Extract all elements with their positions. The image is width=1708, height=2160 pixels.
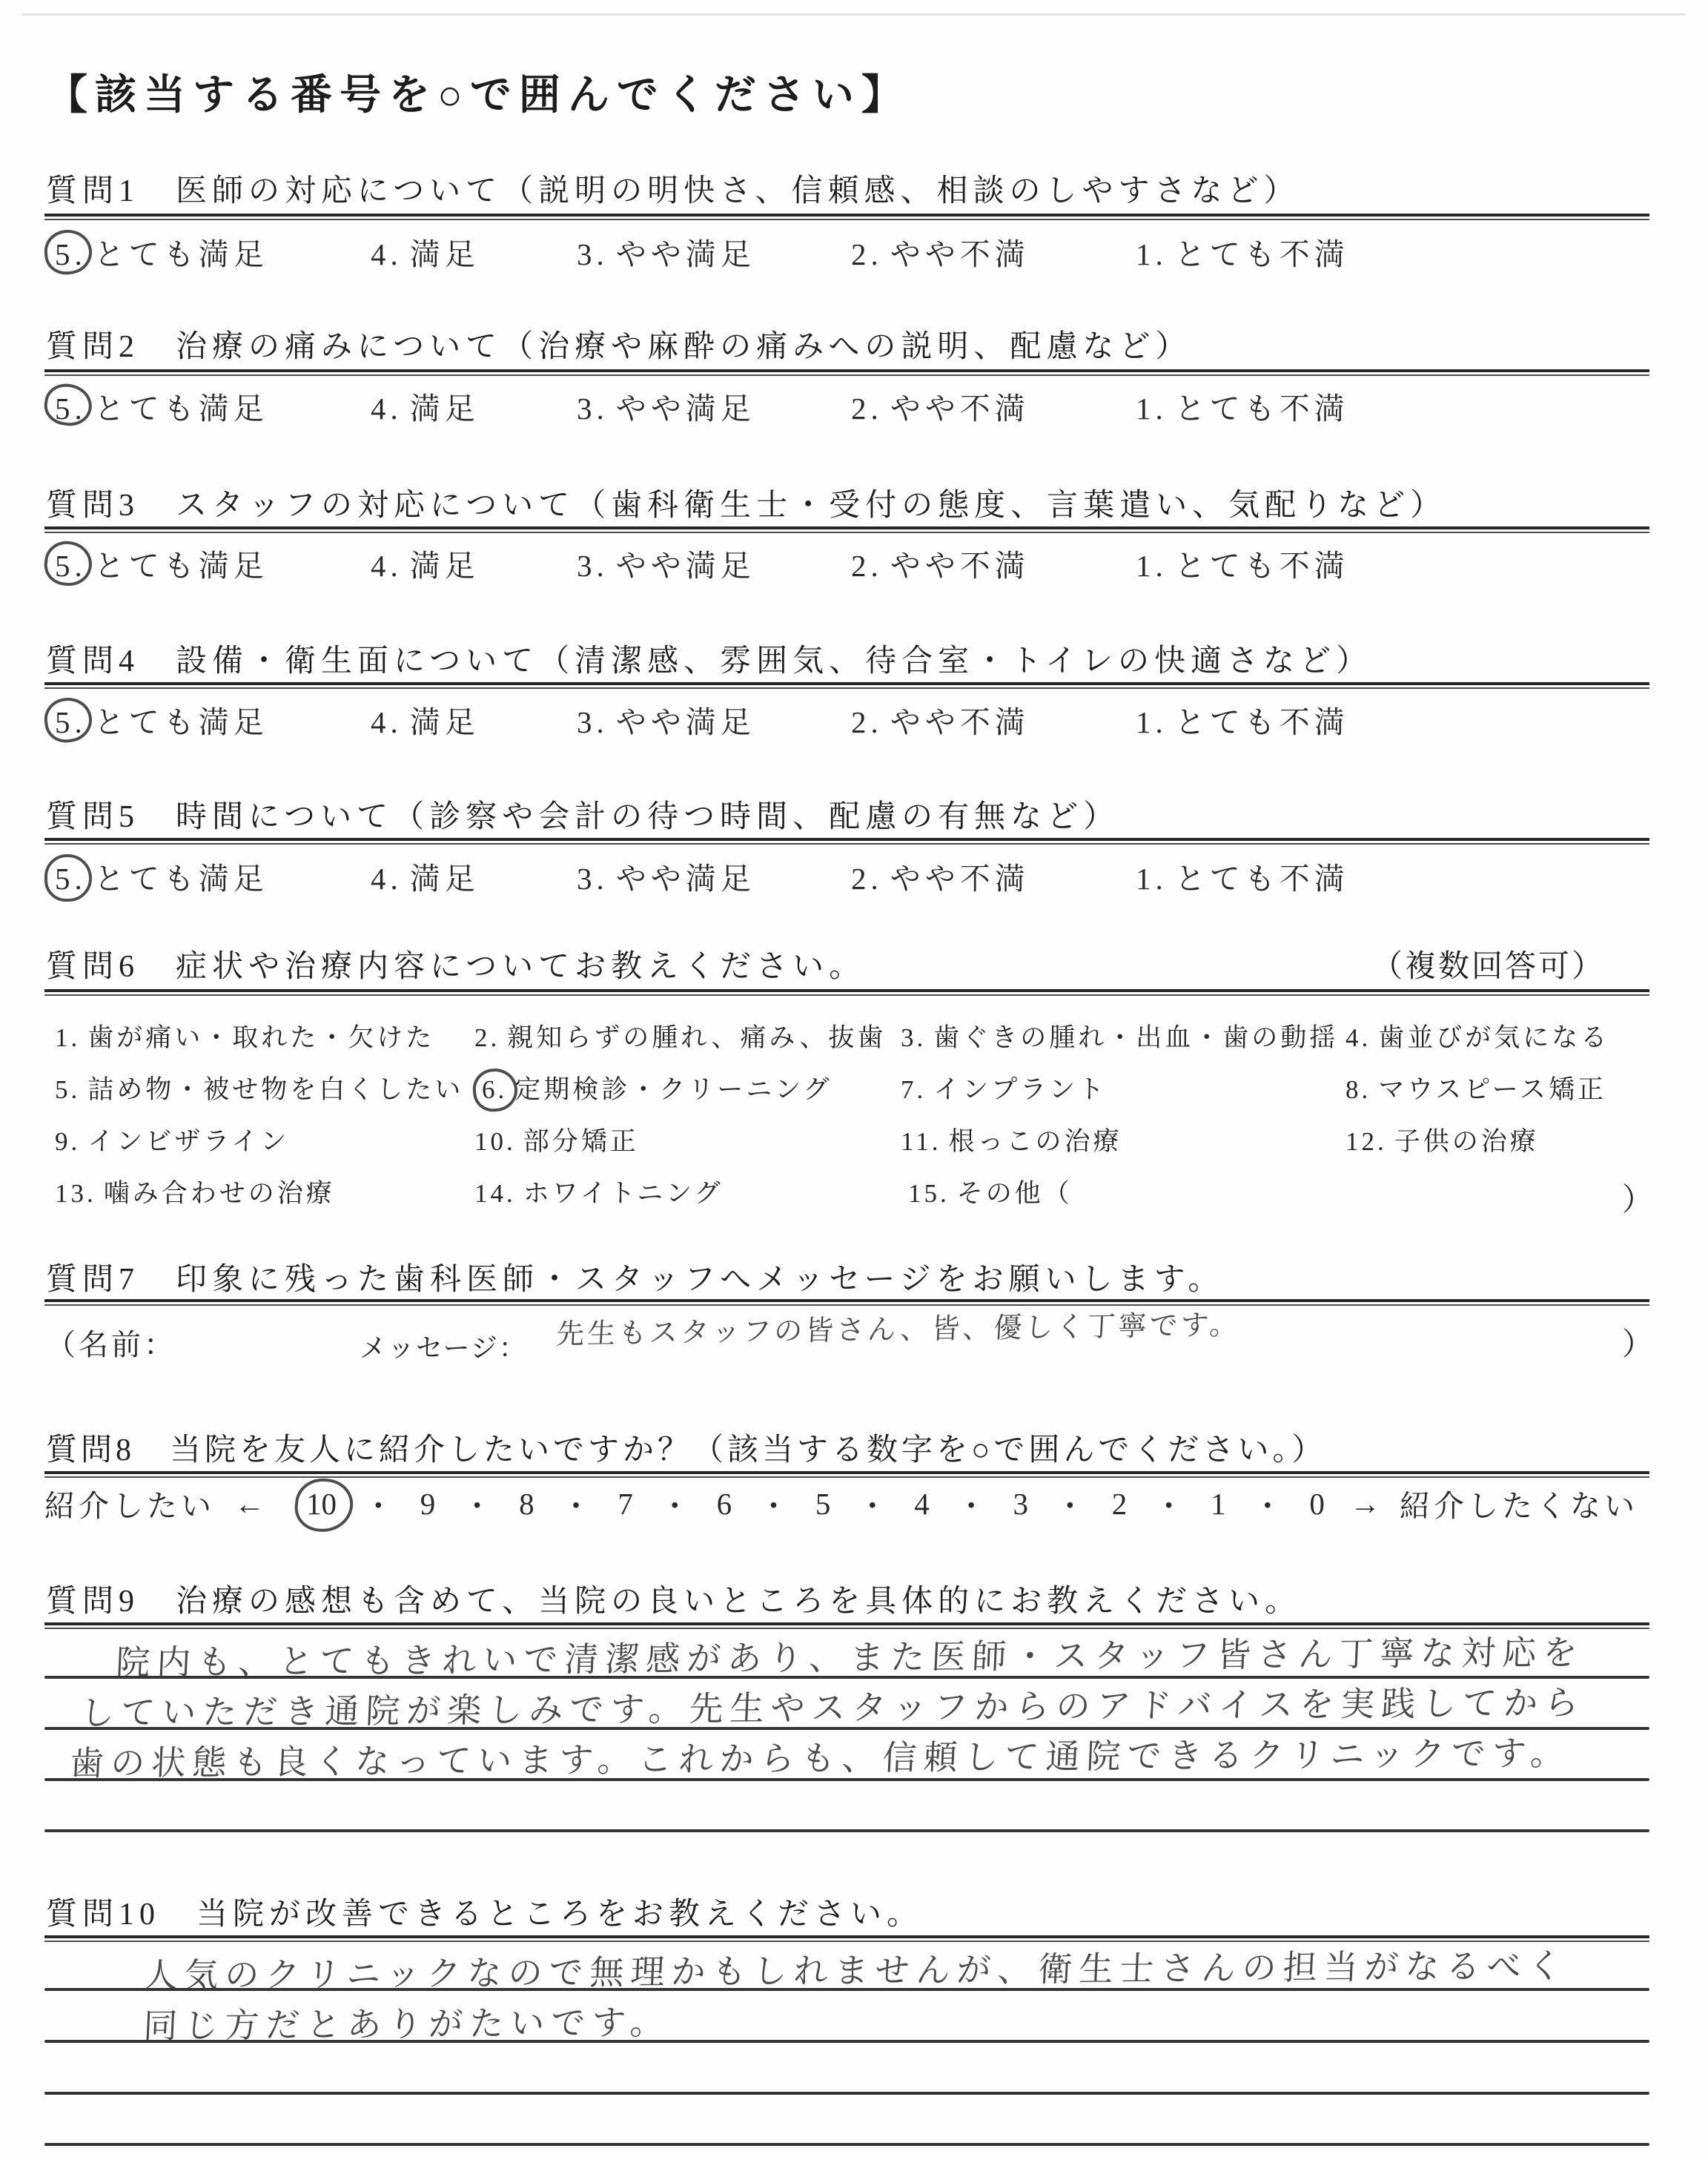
rule-under-question-6 <box>44 989 1649 996</box>
option-somewhat-dissatisfied: 2.やや不満 <box>851 541 1030 585</box>
rule-under-question-8 <box>44 1471 1649 1478</box>
option-very-satisfied: 5.とても満足 <box>55 541 268 585</box>
question-6-multi-answer-note: （複数回答可） <box>1371 942 1605 986</box>
question-7-header: 質問7 印象に残った歯科医師・スタッフへメッセージをお願いします。 <box>46 1255 1224 1299</box>
symptom-item-3: 3.歯ぐきの腫れ・出血・歯の動揺 <box>901 1017 1338 1054</box>
not-recommend-label: 紹介したくない <box>1400 1482 1638 1525</box>
survey-form-page: 【該当する番号を○で囲んでください】 質問1 医師の対応について（説明の明快さ、… <box>0 0 1708 2160</box>
recommend-label: 紹介したい <box>44 1482 215 1525</box>
question-4-scale-row: 5.とても満足 4.満足 3.やや満足 2.やや不満 1.とても不満 <box>0 698 1708 744</box>
dot-separator: ・ <box>363 1482 394 1525</box>
dot-separator: ・ <box>1153 1482 1184 1525</box>
nps-5: 5 <box>815 1486 831 1522</box>
option-somewhat-satisfied: 3.やや満足 <box>577 854 755 898</box>
dot-separator: ・ <box>857 1482 887 1525</box>
handwritten-answer-line: 歯の状態も良くなっています。これからも、信頼して通院できるクリニックです。 <box>69 1726 1572 1786</box>
nps-9: 9 <box>420 1486 436 1522</box>
option-very-dissatisfied: 1.とても不満 <box>1136 541 1349 585</box>
nps-scale-row: 紹介したい ← 10 ・ 9 ・ 8 ・ 7 ・ 6 ・ 5 ・ 4 ・ 3 ・… <box>44 1482 1638 1525</box>
option-satisfied: 4.満足 <box>371 698 480 742</box>
option-very-dissatisfied: 1.とても不満 <box>1136 230 1349 274</box>
answer-line-rule <box>44 1988 1649 1991</box>
symptom-item-11: 11.根っこの治療 <box>901 1121 1122 1158</box>
option-very-satisfied: 5.とても満足 <box>55 854 268 898</box>
question-1-scale-row: 5.とても満足 4.満足 3.やや満足 2.やや不満 1.とても不満 <box>0 230 1708 276</box>
nps-3: 3 <box>1013 1486 1028 1522</box>
other-close-paren: ） <box>1622 1175 1653 1220</box>
dot-separator: ・ <box>660 1482 690 1525</box>
symptom-item-4: 4.歯並びが気になる <box>1345 1017 1609 1054</box>
message-field-label: メッセージ： <box>360 1327 527 1365</box>
rule-under-question-1 <box>44 214 1649 220</box>
answer-line-rule <box>44 2040 1649 2043</box>
rule-under-question-3 <box>44 526 1649 533</box>
question-8-header: 質問8 当院を友人に紹介したいですか？（該当する数字を○で囲んでください。） <box>46 1425 1326 1470</box>
option-satisfied: 4.満足 <box>371 541 480 585</box>
question-5-scale-row: 5.とても満足 4.満足 3.やや満足 2.やや不満 1.とても不満 <box>0 854 1708 900</box>
symptom-item-13: 13.噛み合わせの治療 <box>55 1173 335 1210</box>
option-satisfied: 4.満足 <box>371 230 480 274</box>
option-somewhat-dissatisfied: 2.やや不満 <box>851 384 1030 428</box>
question-5-header: 質問5 時間について（診察や会計の待つ時間、配慮の有無など） <box>46 792 1119 836</box>
handwritten-message: 先生もスタッフの皆さん、皆、優しく丁寧です。 <box>555 1301 1242 1352</box>
question-9-header: 質問9 治療の感想も含めて、当院の良いところを具体的にお教えください。 <box>46 1576 1301 1621</box>
nps-8: 8 <box>519 1486 534 1522</box>
answer-circle <box>293 1476 355 1534</box>
symptom-item-15: 15.その他（ <box>908 1173 1073 1210</box>
dot-separator: ・ <box>1055 1482 1085 1525</box>
question-10-header: 質問10 当院が改善できるところをお教えください。 <box>46 1889 923 1934</box>
dot-separator: ・ <box>462 1482 492 1525</box>
option-somewhat-satisfied: 3.やや満足 <box>577 384 755 428</box>
question-6-header: 質問6 症状や治療内容についてお教えください。 <box>46 942 865 986</box>
symptom-item-10: 10.部分矯正 <box>474 1121 639 1158</box>
answer-circle <box>471 1066 520 1114</box>
symptom-item-12: 12.子供の治療 <box>1345 1121 1539 1158</box>
scan-artifact-line <box>22 13 1686 16</box>
question-2-header: 質問2 治療の痛みについて（治療や麻酔の痛みへの説明、配慮など） <box>46 322 1191 366</box>
message-close-paren: ） <box>1622 1320 1653 1364</box>
answer-circle <box>42 380 96 429</box>
symptom-item-7: 7.インプラント <box>901 1069 1107 1106</box>
option-very-satisfied: 5.とても満足 <box>55 698 268 742</box>
dot-separator: ・ <box>758 1482 789 1525</box>
nps-numbers: 10 ・ 9 ・ 8 ・ 7 ・ 6 ・ 5 ・ 4 ・ 3 ・ 2 ・ 1 ・ <box>306 1482 1325 1525</box>
symptom-item-8: 8.マウスピース矯正 <box>1345 1069 1606 1106</box>
option-somewhat-dissatisfied: 2.やや不満 <box>851 854 1030 898</box>
option-somewhat-dissatisfied: 2.やや不満 <box>851 698 1030 742</box>
right-arrow-icon: → <box>1350 1486 1380 1522</box>
nps-10: 10 <box>306 1486 337 1522</box>
symptom-item-2: 2.親知らずの腫れ、痛み、抜歯 <box>474 1017 886 1054</box>
option-very-dissatisfied: 1.とても不満 <box>1136 698 1349 742</box>
rule-under-question-4 <box>44 682 1649 689</box>
option-somewhat-dissatisfied: 2.やや不満 <box>851 230 1030 274</box>
nps-2: 2 <box>1112 1486 1128 1522</box>
name-field-label: （名前： <box>46 1321 176 1364</box>
option-very-satisfied: 5.とても満足 <box>55 384 268 428</box>
nps-0: 0 <box>1309 1486 1325 1522</box>
symptom-item-5: 5.詰め物・被せ物を白くしたい <box>55 1069 463 1106</box>
dot-separator: ・ <box>1252 1482 1282 1525</box>
symptom-item-1: 1.歯が痛い・取れた・欠けた <box>55 1017 434 1054</box>
answer-line-rule <box>44 1829 1649 1832</box>
answer-line-rule <box>44 2143 1649 2146</box>
nps-1: 1 <box>1211 1486 1226 1522</box>
symptom-item-6: 6.定期検診・クリーニング <box>482 1069 833 1106</box>
symptom-item-14: 14.ホワイトニング <box>474 1173 724 1210</box>
question-3-header: 質問3 スタッフの対応について（歯科衛生士・受付の態度、言葉遣い、気配りなど） <box>46 480 1446 525</box>
nps-4: 4 <box>914 1486 930 1522</box>
option-very-satisfied: 5.とても満足 <box>55 230 268 274</box>
question-4-header: 質問4 設備・衛生面について（清潔感、雰囲気、待合室・トイレの快適さなど） <box>46 636 1372 681</box>
option-satisfied: 4.満足 <box>371 854 480 898</box>
option-somewhat-satisfied: 3.やや満足 <box>577 230 755 274</box>
answer-line-rule <box>44 2092 1649 2095</box>
answer-circle <box>44 854 92 902</box>
dot-separator: ・ <box>560 1482 591 1525</box>
handwritten-answer-line: していただき通院が楽しみです。先生やスタッフからのアドバイスを実践してから <box>79 1676 1586 1735</box>
nps-6: 6 <box>717 1486 732 1522</box>
page-title: 【該当する番号を○で囲んでください】 <box>46 62 910 122</box>
option-somewhat-satisfied: 3.やや満足 <box>577 698 755 742</box>
question-1-header: 質問1 医師の対応について（説明の明快さ、信頼感、相談のしやすさなど） <box>46 166 1300 211</box>
rule-under-question-7 <box>44 1299 1649 1306</box>
rule-under-question-5 <box>44 838 1649 845</box>
option-satisfied: 4.満足 <box>371 384 480 428</box>
left-arrow-icon: ← <box>234 1486 265 1522</box>
dot-separator: ・ <box>956 1482 987 1525</box>
symptom-item-9: 9.インビザライン <box>55 1121 289 1158</box>
nps-7: 7 <box>618 1486 633 1522</box>
option-very-dissatisfied: 1.とても不満 <box>1136 854 1349 898</box>
answer-circle <box>42 695 95 745</box>
option-somewhat-satisfied: 3.やや満足 <box>577 541 755 585</box>
question-2-scale-row: 5.とても満足 4.満足 3.やや満足 2.やや不満 1.とても不満 <box>0 384 1708 430</box>
rule-under-question-2 <box>44 369 1649 376</box>
option-very-dissatisfied: 1.とても不満 <box>1136 384 1349 428</box>
answer-line-rule <box>44 1778 1649 1781</box>
question-3-scale-row: 5.とても満足 4.満足 3.やや満足 2.やや不満 1.とても不満 <box>0 541 1708 587</box>
